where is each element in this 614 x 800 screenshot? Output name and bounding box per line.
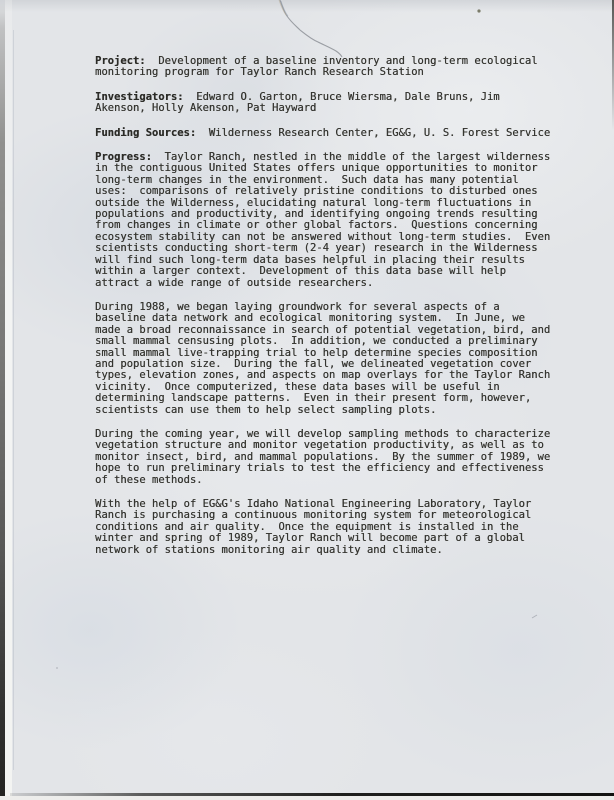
paragraph-text: With the help of EG&G's Idaho National E… [95, 498, 531, 556]
paragraph-coming-year: During the coming year, we will develop … [95, 429, 569, 486]
top-edge-scan-shadow [0, 0, 614, 12]
paragraph-text: During 1988, we began laying groundwork … [95, 301, 550, 416]
left-edge-paper-highlight [5, 0, 12, 800]
scanned-document-page: Project: Development of a baseline inven… [0, 0, 614, 800]
paper-speck [532, 615, 537, 618]
funding-sources-label: Funding Sources: [95, 127, 196, 139]
left-paper-fold-line [13, 30, 14, 770]
paper-speck-small [56, 667, 58, 669]
project-label: Project: [95, 55, 146, 67]
field-progress: Progress: Taylor Ranch, nestled in the m… [95, 152, 569, 289]
paragraph-during-1988: During 1988, we began laying groundwork … [95, 302, 569, 416]
bottom-edge-paper-highlight [0, 796, 614, 800]
progress-label: Progress: [95, 151, 152, 163]
funding-sources-value: Wilderness Research Center, EG&G, U. S. … [196, 127, 550, 139]
bottom-edge-scan-shadow [10, 793, 614, 796]
investigators-label: Investigators: [95, 91, 184, 103]
paragraph-text: During the coming year, we will develop … [95, 428, 550, 486]
paragraph-egg-laboratory: With the help of EG&G's Idaho National E… [95, 499, 569, 556]
field-funding-sources: Funding Sources: Wilderness Research Cen… [95, 128, 569, 139]
field-project: Project: Development of a baseline inven… [95, 56, 569, 79]
document-text: Project: Development of a baseline inven… [95, 56, 569, 556]
progress-value: Taylor Ranch, nestled in the middle of t… [95, 151, 550, 288]
project-value: Development of a baseline inventory and … [95, 55, 538, 78]
field-investigators: Investigators: Edward O. Garton, Bruce W… [95, 92, 569, 115]
